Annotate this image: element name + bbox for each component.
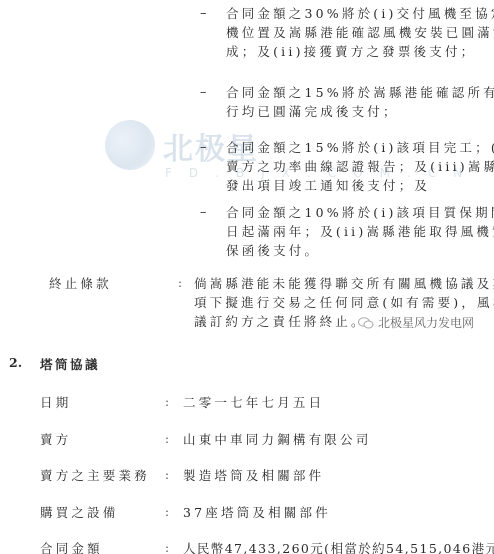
row-label-seller: 賣方 <box>40 430 71 449</box>
text-line: 保函後支付。 <box>226 241 488 260</box>
bullet-dash: – <box>200 83 210 102</box>
bullet-dash: – <box>200 4 210 23</box>
payment-term-4: 合同金額之10%將於(i)該項目質保期開始之 日起滿兩年；及(ii)嵩縣港能取得… <box>226 203 488 260</box>
text-line: 倘嵩縣港能未能獲得聯交所有關風機協議及其 <box>194 274 490 293</box>
wechat-account-name: 北极星风力发电网 <box>378 314 474 331</box>
row-colon: : <box>165 503 172 522</box>
bullet-dash: – <box>200 203 210 222</box>
row-label-contract-amount: 合同金額 <box>40 539 103 554</box>
row-value-date: 二零一七年七月五日 <box>183 393 324 412</box>
termination-colon: : <box>178 274 185 293</box>
text-line: 合同金額之30%將於(i)交付風機至協定之風 <box>226 4 488 23</box>
wechat-source-mark: 北极星风力发电网 <box>358 314 474 331</box>
bullet-dash: – <box>200 138 210 157</box>
payment-term-2: 合同金額之15%將於嵩縣港能確認所有試運 行均已圓滿完成後支付； <box>226 83 488 121</box>
text-line: 項下擬進行交易之任何同意(如有需要)，風機協 <box>194 293 490 312</box>
section-title: 塔筒協議 <box>40 355 100 373</box>
row-value-contract-amount: 人民幣47,433,260元(相當於約54,515,046港元) <box>183 539 494 554</box>
row-colon: : <box>165 393 172 412</box>
text-line: 機位置及嵩縣港能確認風機安裝已圓滿完 <box>226 23 488 42</box>
section-number: 2. <box>9 355 22 370</box>
row-colon: : <box>165 430 172 449</box>
row-value-equipment: 37座塔筒及相關部件 <box>183 503 331 522</box>
row-colon: : <box>165 466 172 485</box>
row-label-date: 日期 <box>40 393 71 412</box>
row-colon: : <box>165 539 172 554</box>
row-value-seller-business: 製造塔筒及相關部件 <box>183 466 324 485</box>
wechat-icon <box>358 317 374 329</box>
row-label-equipment: 購買之設備 <box>40 503 119 522</box>
watermark-logo-icon <box>105 120 155 170</box>
payment-term-3: 合同金額之15%將於(i)該項目完工；(ii)接獲 賣方之功率曲線認證報告；及(… <box>226 138 488 195</box>
text-line: 合同金額之15%將於(i)該項目完工；(ii)接獲 <box>226 138 488 157</box>
text-line: 行均已圓滿完成後支付； <box>226 102 488 121</box>
text-line: 合同金額之15%將於嵩縣港能確認所有試運 <box>226 83 488 102</box>
text-line: 賣方之功率曲線認證報告；及(iii)嵩縣港能 <box>226 157 488 176</box>
text-line: 成；及(ii)接獲賣方之發票後支付； <box>226 42 488 61</box>
row-value-seller: 山東中車同力鋼構有限公司 <box>183 430 371 449</box>
text-line: 日起滿兩年；及(ii)嵩縣港能取得風機質量 <box>226 222 488 241</box>
termination-label: 終止條款 <box>49 274 112 293</box>
document-page: 北极星 FD.BJX.COM.CN – 合同金額之30%將於(i)交付風機至協定… <box>0 0 494 554</box>
text-line: 合同金額之10%將於(i)該項目質保期開始之 <box>226 203 488 222</box>
text-line: 發出項目竣工通知後支付；及 <box>226 176 488 195</box>
payment-term-1: 合同金額之30%將於(i)交付風機至協定之風 機位置及嵩縣港能確認風機安裝已圓滿… <box>226 4 488 61</box>
row-label-seller-business: 賣方之主要業務 <box>40 466 150 485</box>
